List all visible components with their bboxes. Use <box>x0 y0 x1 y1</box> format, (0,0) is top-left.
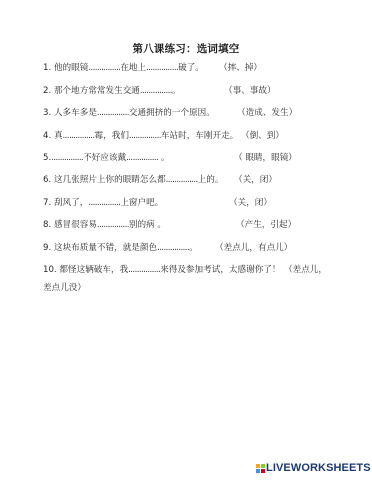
options-6: （关，闭） <box>234 175 277 186</box>
question-number: 2. <box>43 86 51 96</box>
question-3: 3. 人多车多是...............交通拥挤的一个原因。 <box>43 108 215 119</box>
blank-field[interactable]: ............... <box>126 153 158 164</box>
question-9: 9. 这块布质量不错，就是颜色...............。 <box>43 243 198 254</box>
question-1: 1. 他的眼镜...............在地上...............… <box>43 63 204 74</box>
question-number: 3. <box>43 108 51 118</box>
question-2: 2. 那个地方常常发生交通...............。 <box>43 86 180 97</box>
question-8: 8. 感冒很容易...............别的病 。 <box>43 220 166 231</box>
question-6: 6. 这几张照片上你的眼睛怎么都...............上的。 <box>43 175 223 186</box>
logo-grid-icon <box>256 464 265 473</box>
question-number: 7. <box>43 198 51 208</box>
options-8: （产生，引起） <box>236 220 296 231</box>
blank-field[interactable]: ............... <box>97 220 129 231</box>
question-7: 7. 刮风了，...............上窗户吧。 <box>43 198 163 209</box>
blank-field[interactable]: ............... <box>129 131 161 142</box>
options-10-continued: 差点儿没） <box>43 283 86 294</box>
worksheet-page: 第八课练习：选词填空 1. 他的眼镜...............在地上....… <box>0 0 372 480</box>
question-number: 1. <box>43 63 51 73</box>
question-4: 4. 真...............霉，我们...............车站… <box>43 131 238 142</box>
options-1: （摔、掉） <box>219 63 262 74</box>
question-5: 5................不好应该戴............... 。 <box>43 153 169 164</box>
blank-field[interactable]: ............... <box>88 198 120 209</box>
blank-field[interactable]: ............... <box>128 265 160 276</box>
question-number: 4. <box>43 131 51 141</box>
question-10: 10. 都怪这辆破车，我...............来得及参加考试，太感谢你了… <box>43 265 280 276</box>
blank-field[interactable]: ............... <box>63 131 95 142</box>
blank-field[interactable]: ............... <box>97 108 129 119</box>
question-number: 5. <box>43 153 51 163</box>
blank-field[interactable]: ............... <box>166 175 198 186</box>
options-5: （ 眼睛，眼镜） <box>234 153 297 164</box>
blank-field[interactable]: ............... <box>88 63 120 74</box>
options-3: （造成、发生） <box>237 108 297 119</box>
blank-field[interactable]: ............... <box>140 86 172 97</box>
blank-field[interactable]: ............... <box>51 153 83 164</box>
blank-field[interactable]: ............... <box>157 243 189 254</box>
liveworksheets-logo[interactable]: LIVEWORKSHEETS <box>256 462 371 474</box>
options-9: （差点儿，有点儿） <box>215 243 292 254</box>
options-4: （倒、到） <box>241 131 284 142</box>
question-number: 6. <box>43 175 51 185</box>
worksheet-title: 第八课练习：选词填空 <box>0 41 372 56</box>
options-10: （差点儿， <box>284 265 327 276</box>
options-7: （关，闭） <box>229 198 272 209</box>
question-number: 10. <box>43 265 57 275</box>
question-number: 9. <box>43 243 51 253</box>
brand-name: LIVEWORKSHEETS <box>266 462 371 474</box>
options-2: （事、事故） <box>224 86 276 97</box>
blank-field[interactable]: ............... <box>146 63 178 74</box>
question-number: 8. <box>43 220 51 230</box>
